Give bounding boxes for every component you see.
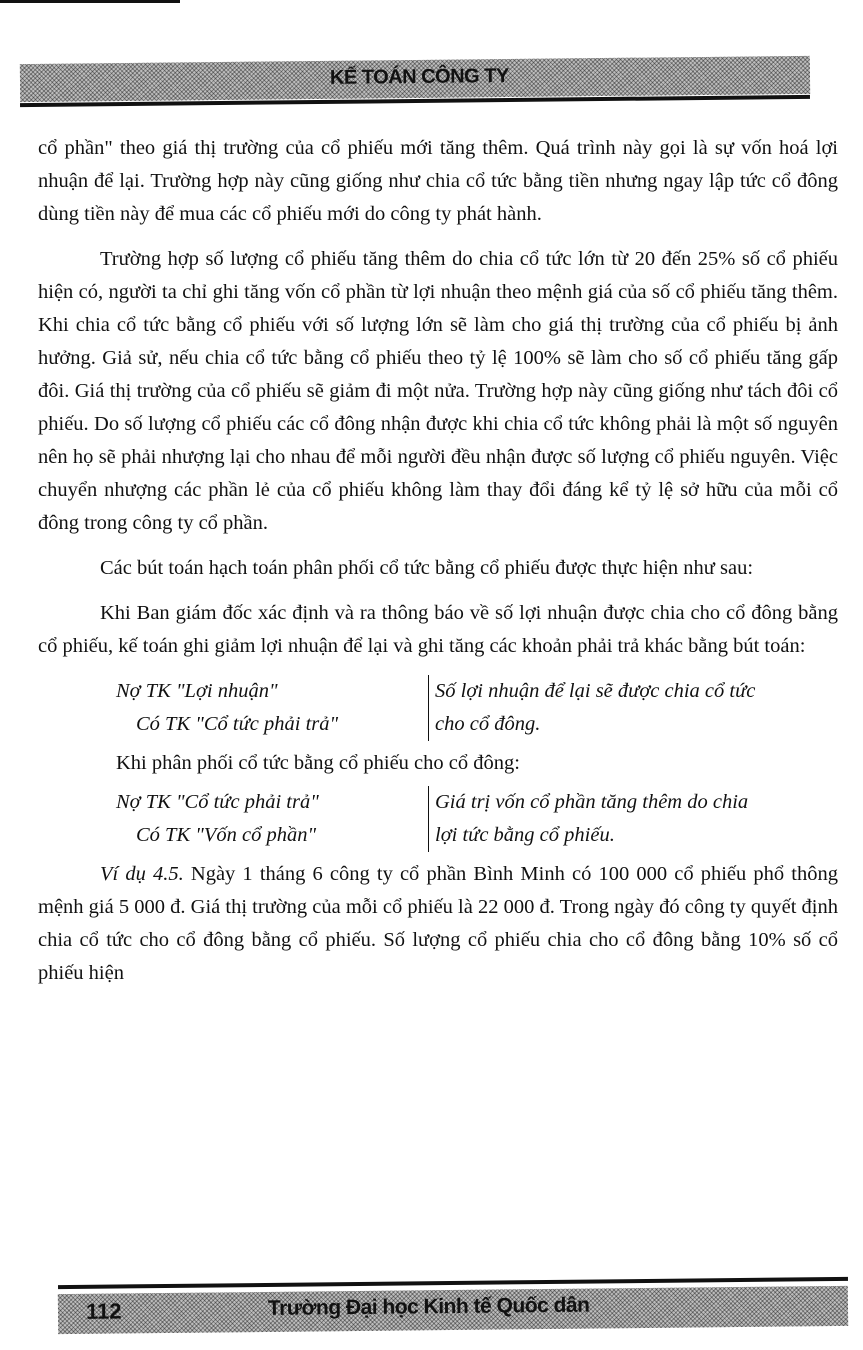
paragraph-4: Khi Ban giám đốc xác định và ra thông bá… xyxy=(38,597,838,663)
paragraph-5: Khi phân phối cổ tức bằng cổ phiếu cho c… xyxy=(38,747,838,780)
journal-entry-accounts: Nợ TK "Lợi nhuận" Có TK "Cổ tức phải trả… xyxy=(38,675,428,741)
footer-institution: Trường Đại học Kinh tế Quốc dân xyxy=(268,1294,590,1321)
page-body: cổ phần" theo giá thị trường của cổ phiế… xyxy=(38,132,838,1002)
journal-entry-accounts: Nợ TK "Cổ tức phải trả" Có TK "Vốn cổ ph… xyxy=(38,786,428,852)
debit-line: Nợ TK "Cổ tức phải trả" xyxy=(116,791,319,813)
example-paragraph: Ví dụ 4.5. Ngày 1 tháng 6 công ty cổ phầ… xyxy=(38,858,838,990)
journal-entry-1: Nợ TK "Lợi nhuận" Có TK "Cổ tức phải trả… xyxy=(38,675,838,741)
page-number: 112 xyxy=(86,1298,122,1324)
running-footer: 112 Trường Đại học Kinh tế Quốc dân xyxy=(58,1286,848,1334)
journal-entry-note: Giá trị vốn cổ phần tăng thêm do chia lợ… xyxy=(428,786,765,852)
paragraph-1: cổ phần" theo giá thị trường của cổ phiế… xyxy=(38,132,838,231)
journal-entry-2: Nợ TK "Cổ tức phải trả" Có TK "Vốn cổ ph… xyxy=(38,786,838,852)
header-title: KẾ TOÁN CÔNG TY xyxy=(330,65,509,90)
credit-line: Có TK "Cổ tức phải trả" xyxy=(116,708,428,741)
paragraph-2: Trường hợp số lượng cổ phiếu tăng thêm d… xyxy=(38,243,838,540)
scan-edge-line xyxy=(0,0,180,3)
debit-line: Nợ TK "Lợi nhuận" xyxy=(116,680,278,702)
paragraph-3: Các bút toán hạch toán phân phối cổ tức … xyxy=(38,552,838,585)
credit-line: Có TK "Vốn cổ phần" xyxy=(116,819,428,852)
journal-entry-note: Số lợi nhuận để lại sẽ được chia cổ tức … xyxy=(428,675,765,741)
example-label: Ví dụ 4.5. xyxy=(100,863,184,885)
